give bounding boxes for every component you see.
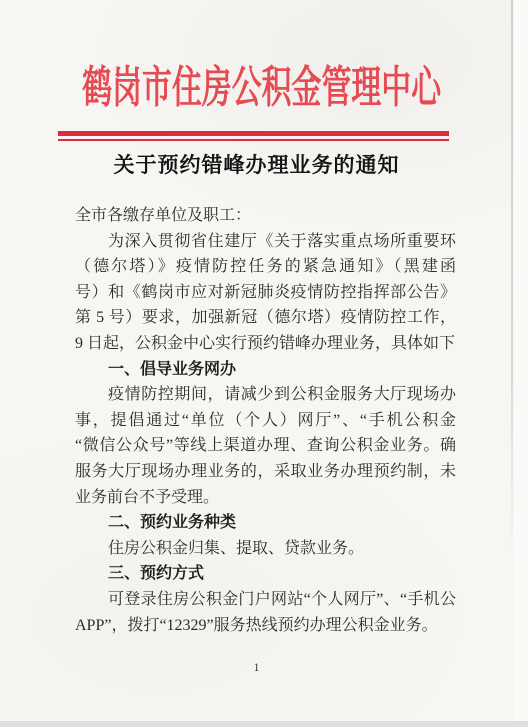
body-line: 可登录住房公积金门户网站“个人网厅”、“手机公积金 [75,587,456,613]
body-line: 全市各缴存单位及职工： [75,203,456,229]
body-lines: 全市各缴存单位及职工：为深入贯彻省住建厅《关于落实重点场所重要环节新冠（德尔塔）… [75,203,456,638]
red-separator-rule [58,131,449,141]
body-line: 疫情防控期间，请减少到公积金服务大厅现场办 [75,382,456,408]
body-line: 号）和《鹤岗市应对新冠肺炎疫情防控指挥部公告》（〔2021〕 [75,280,456,306]
red-rule-thin [58,139,449,141]
scanner-bottom-edge [0,721,528,727]
body-line: 服务大厅现场办理业务的，采取业务办理预约制，未预约的 [75,459,456,485]
body-line: 住房公积金归集、提取、贷款业务。 [75,536,456,562]
document-scan: 鹤岗市住房公积金管理中心 关于预约错峰办理业务的通知 全市各缴存单位及职工：为深… [0,0,528,727]
body-line: 9 日起，公积金中心实行预约错峰办理业务，具体如下： [75,331,456,357]
page-number: 1 [0,660,513,675]
page-right-edge [511,0,513,560]
body-line: APP”，拨打“12329”服务热线预约办理公积金业务。 [75,613,456,639]
section-heading: 一、倡导业务网办 [75,357,456,383]
section-heading: 三、预约方式 [75,561,456,587]
body-line: 第 5 号）要求，加强新冠（德尔塔）疫情防控工作，从 8 月 [75,305,456,331]
scanner-right-margin [514,0,528,727]
body-line: “微信公众号”等线上渠道办理、查询公积金业务。确需到 [75,433,456,459]
body-line: （德尔塔）》疫情防控任务的紧急通知》（黑建函〔2021〕247 [75,254,456,280]
document-title: 关于预约错峰办理业务的通知 [0,149,513,179]
body-line: 为深入贯彻省住建厅《关于落实重点场所重要环节新冠 [75,229,456,255]
body-line: 业务前台不予受理。 [75,485,456,511]
section-heading: 二、预约业务种类 [75,510,456,536]
body-line: 事，提倡通过“单位（个人）网厅”、“手机公积金 APP”、 [75,408,456,434]
letterhead-title: 鹤岗市住房公积金管理中心 [82,60,431,116]
